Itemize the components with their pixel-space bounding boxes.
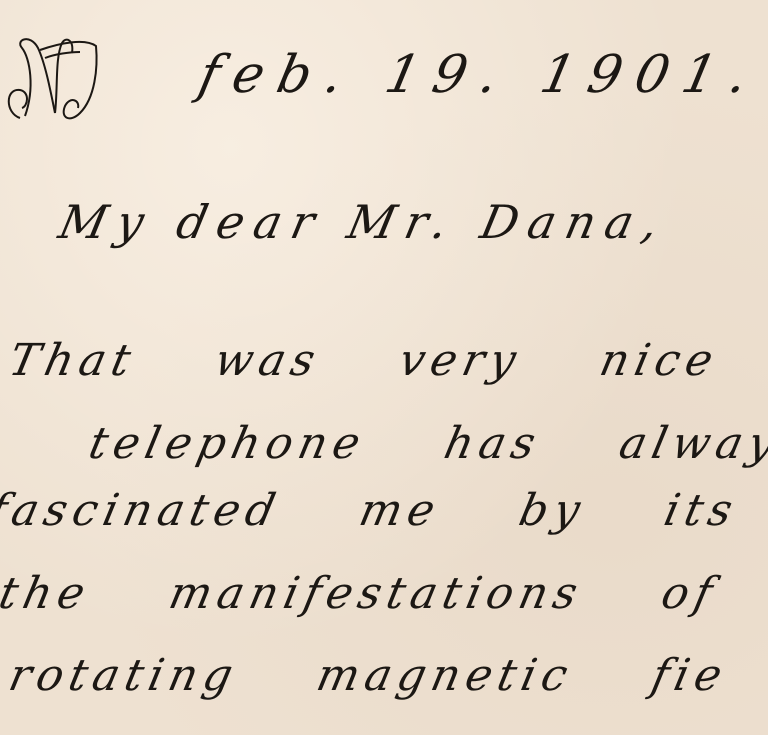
word: always	[615, 418, 768, 469]
word: That	[5, 335, 141, 386]
letter-date: feb. 19. 1901.	[194, 45, 767, 105]
letter-line-1: That was very nice	[5, 335, 768, 386]
word: its	[660, 485, 743, 536]
word: fie	[647, 650, 732, 701]
word: by	[515, 485, 591, 536]
word: has	[440, 418, 546, 469]
monogram-nt-icon	[0, 28, 110, 138]
letter-line-4: the manifestations of p	[0, 568, 768, 619]
word: telephone	[85, 418, 371, 469]
word: magnetic	[312, 650, 578, 701]
letter-salutation: My dear Mr. Dana,	[54, 195, 673, 249]
word: manifestations	[165, 568, 588, 619]
word: the	[0, 568, 95, 619]
word: fascinated	[0, 485, 286, 536]
word: very	[395, 335, 527, 386]
letter-line-5: rotating magnetic fie	[5, 650, 768, 701]
letter-line-2: telephone has always	[85, 418, 768, 469]
word: was	[210, 335, 325, 386]
word: me	[355, 485, 446, 536]
word: rotating	[5, 650, 244, 701]
letter-line-3: fascinated me by its beau	[0, 485, 768, 536]
word: nice	[595, 335, 723, 386]
word: of	[657, 568, 723, 619]
